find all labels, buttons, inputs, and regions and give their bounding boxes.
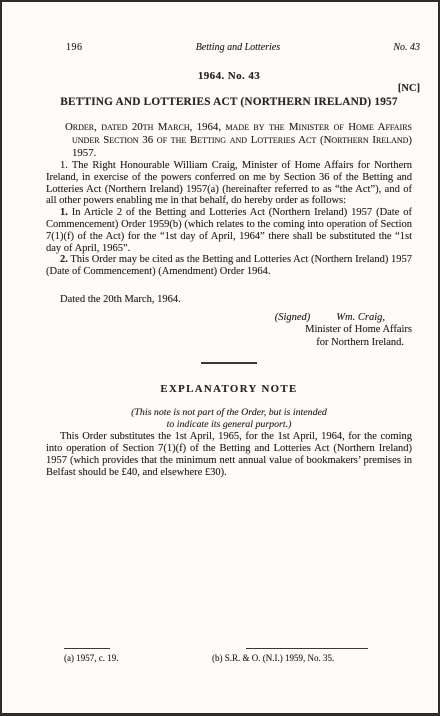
separator-rule bbox=[201, 362, 257, 364]
footnotes: (a) 1957, c. 19. (b) S.R. & O. (N.I.) 19… bbox=[64, 648, 368, 664]
office-line-2: for Northern Ireland. bbox=[46, 337, 412, 350]
page-content: 196 Betting and Lotteries No. 43 1964. N… bbox=[2, 2, 438, 479]
running-header: 196 Betting and Lotteries No. 43 bbox=[46, 42, 412, 53]
classification-tag: [NC] bbox=[46, 83, 420, 94]
order-heading: Order, dated 20th March, 1964, made by t… bbox=[46, 121, 412, 160]
footnote-b: (b) S.R. & O. (N.I.) 1959, No. 35. bbox=[212, 648, 368, 664]
article-1-text: In Article 2 of the Betting and Lotterie… bbox=[46, 207, 412, 253]
running-title: Betting and Lotteries bbox=[83, 42, 394, 53]
document-number: 1964. No. 43 bbox=[46, 70, 412, 82]
explanatory-note-heading: EXPLANATORY NOTE bbox=[46, 383, 412, 395]
signatory-name: Wm. Craig, bbox=[336, 312, 385, 325]
article-2-number: 2. bbox=[60, 254, 68, 265]
explanatory-note-body: This Order substitutes the 1st April, 19… bbox=[46, 431, 412, 478]
footnote-b-text: (b) S.R. & O. (N.I.) 1959, No. 35. bbox=[212, 653, 334, 663]
preamble-text: The Right Honourable William Craig, Mini… bbox=[46, 160, 412, 206]
article-paragraph-2: 2. This Order may be cited as the Bettin… bbox=[46, 254, 412, 278]
footnote-a-rule bbox=[64, 648, 110, 650]
signature-block: (Signed) Wm. Craig, Minister of Home Aff… bbox=[46, 312, 412, 350]
footnote-a-text: (a) 1957, c. 19. bbox=[64, 653, 118, 663]
document-title: BETTING AND LOTTERIES ACT (NORTHERN IREL… bbox=[46, 96, 412, 108]
article-paragraph-1: 1. In Article 2 of the Betting and Lotte… bbox=[46, 207, 412, 254]
footnote-a: (a) 1957, c. 19. bbox=[64, 648, 118, 664]
signatory-office: Minister of Home Affairs for Northern Ir… bbox=[46, 324, 412, 349]
office-line-1: Minister of Home Affairs bbox=[46, 324, 412, 337]
issue-number: No. 43 bbox=[393, 42, 420, 53]
footnote-b-rule bbox=[246, 648, 368, 650]
signed-line: (Signed) Wm. Craig, bbox=[46, 312, 412, 325]
signed-label: (Signed) bbox=[275, 312, 311, 325]
preamble-number: 1. bbox=[60, 160, 68, 171]
preamble-paragraph: 1. The Right Honourable William Craig, M… bbox=[46, 160, 412, 207]
article-1-number: 1. bbox=[60, 207, 68, 218]
document-page: 196 Betting and Lotteries No. 43 1964. N… bbox=[0, 0, 440, 716]
dated-line: Dated the 20th March, 1964. bbox=[46, 294, 412, 305]
explanatory-note-subheading: (This note is not part of the Order, but… bbox=[131, 407, 327, 431]
article-2-text: This Order may be cited as the Betting a… bbox=[46, 254, 412, 277]
page-number: 196 bbox=[66, 42, 83, 53]
